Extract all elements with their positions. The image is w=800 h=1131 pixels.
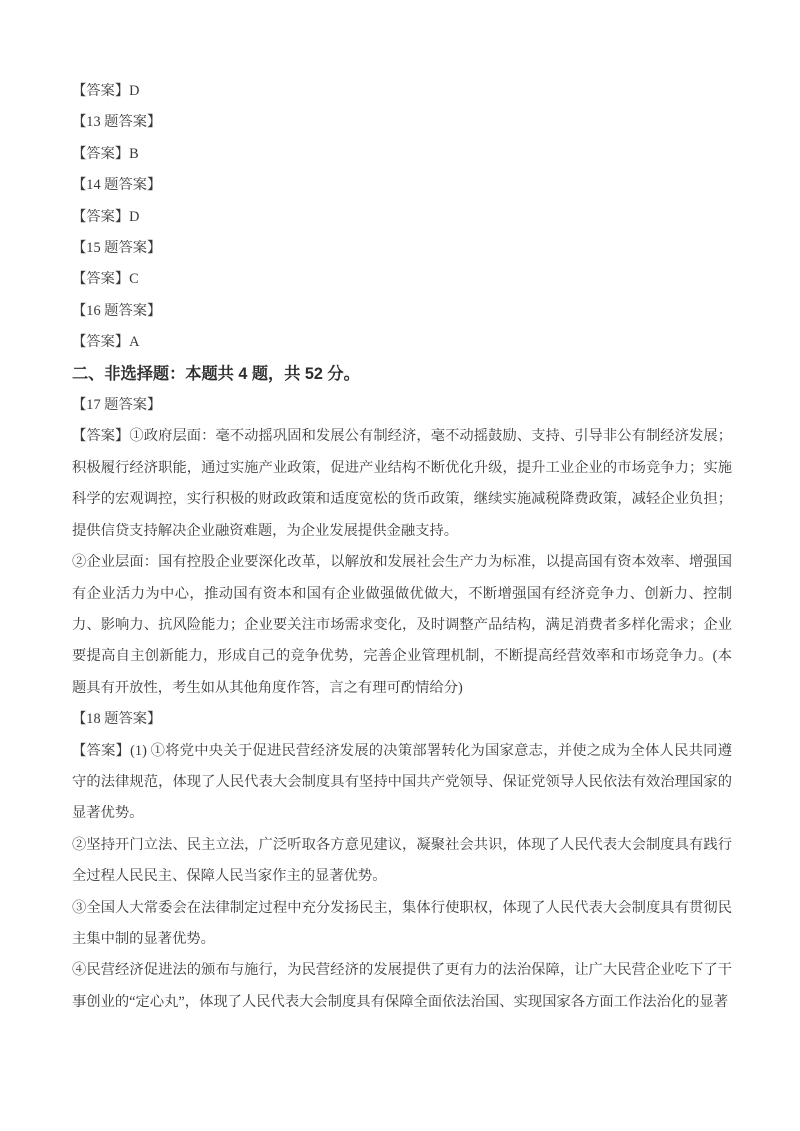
q18-answer-part2: ②坚持开门立法、民主立法，广泛听取各方意见建议，凝聚社会共识，体现了人民代表大会… — [72, 830, 732, 893]
q18-answer-part3: ③全国人大常委会在法律制定过程中充分发扬民主，集体行使职权，体现了人民代表大会制… — [72, 893, 732, 956]
answer-value-q16: 【答案】A — [72, 327, 732, 358]
q13-answer-label: 【13 题答案】 — [72, 107, 732, 138]
section-heading-non-choice: 二、非选择题：本题共 4 题，共 52 分。 — [72, 359, 732, 390]
q15-answer-label: 【15 题答案】 — [72, 233, 732, 264]
q17-answer-part2: ②企业层面：国有控股企业要深化改革，以解放和发展社会生产力为标准，以提高国有资本… — [72, 547, 732, 704]
answer-value-q15: 【答案】C — [72, 264, 732, 295]
document-page: 【答案】D 【13 题答案】 【答案】B 【14 题答案】 【答案】D 【15 … — [0, 0, 800, 1131]
answer-value-q14: 【答案】D — [72, 202, 732, 233]
q18-answer-part1: 【答案】(1) ①将党中央关于促进民营经济发展的决策部署转化为国家意志，并使之成… — [72, 736, 732, 830]
q17-answer-label: 【17 题答案】 — [72, 390, 732, 421]
document-content: 【答案】D 【13 题答案】 【答案】B 【14 题答案】 【答案】D 【15 … — [72, 76, 732, 1018]
q18-answer-label: 【18 题答案】 — [72, 704, 732, 735]
q18-answer-part4: ④民营经济促进法的颁布与施行，为民营经济的发展提供了更有力的法治保障，让广大民营… — [72, 955, 732, 1018]
q17-answer-part1: 【答案】①政府层面：毫不动摇巩固和发展公有制经济，毫不动摇鼓励、支持、引导非公有… — [72, 421, 732, 547]
answer-value-q13: 【答案】B — [72, 139, 732, 170]
answer-value-q12: 【答案】D — [72, 76, 732, 107]
q16-answer-label: 【16 题答案】 — [72, 296, 732, 327]
q14-answer-label: 【14 题答案】 — [72, 170, 732, 201]
